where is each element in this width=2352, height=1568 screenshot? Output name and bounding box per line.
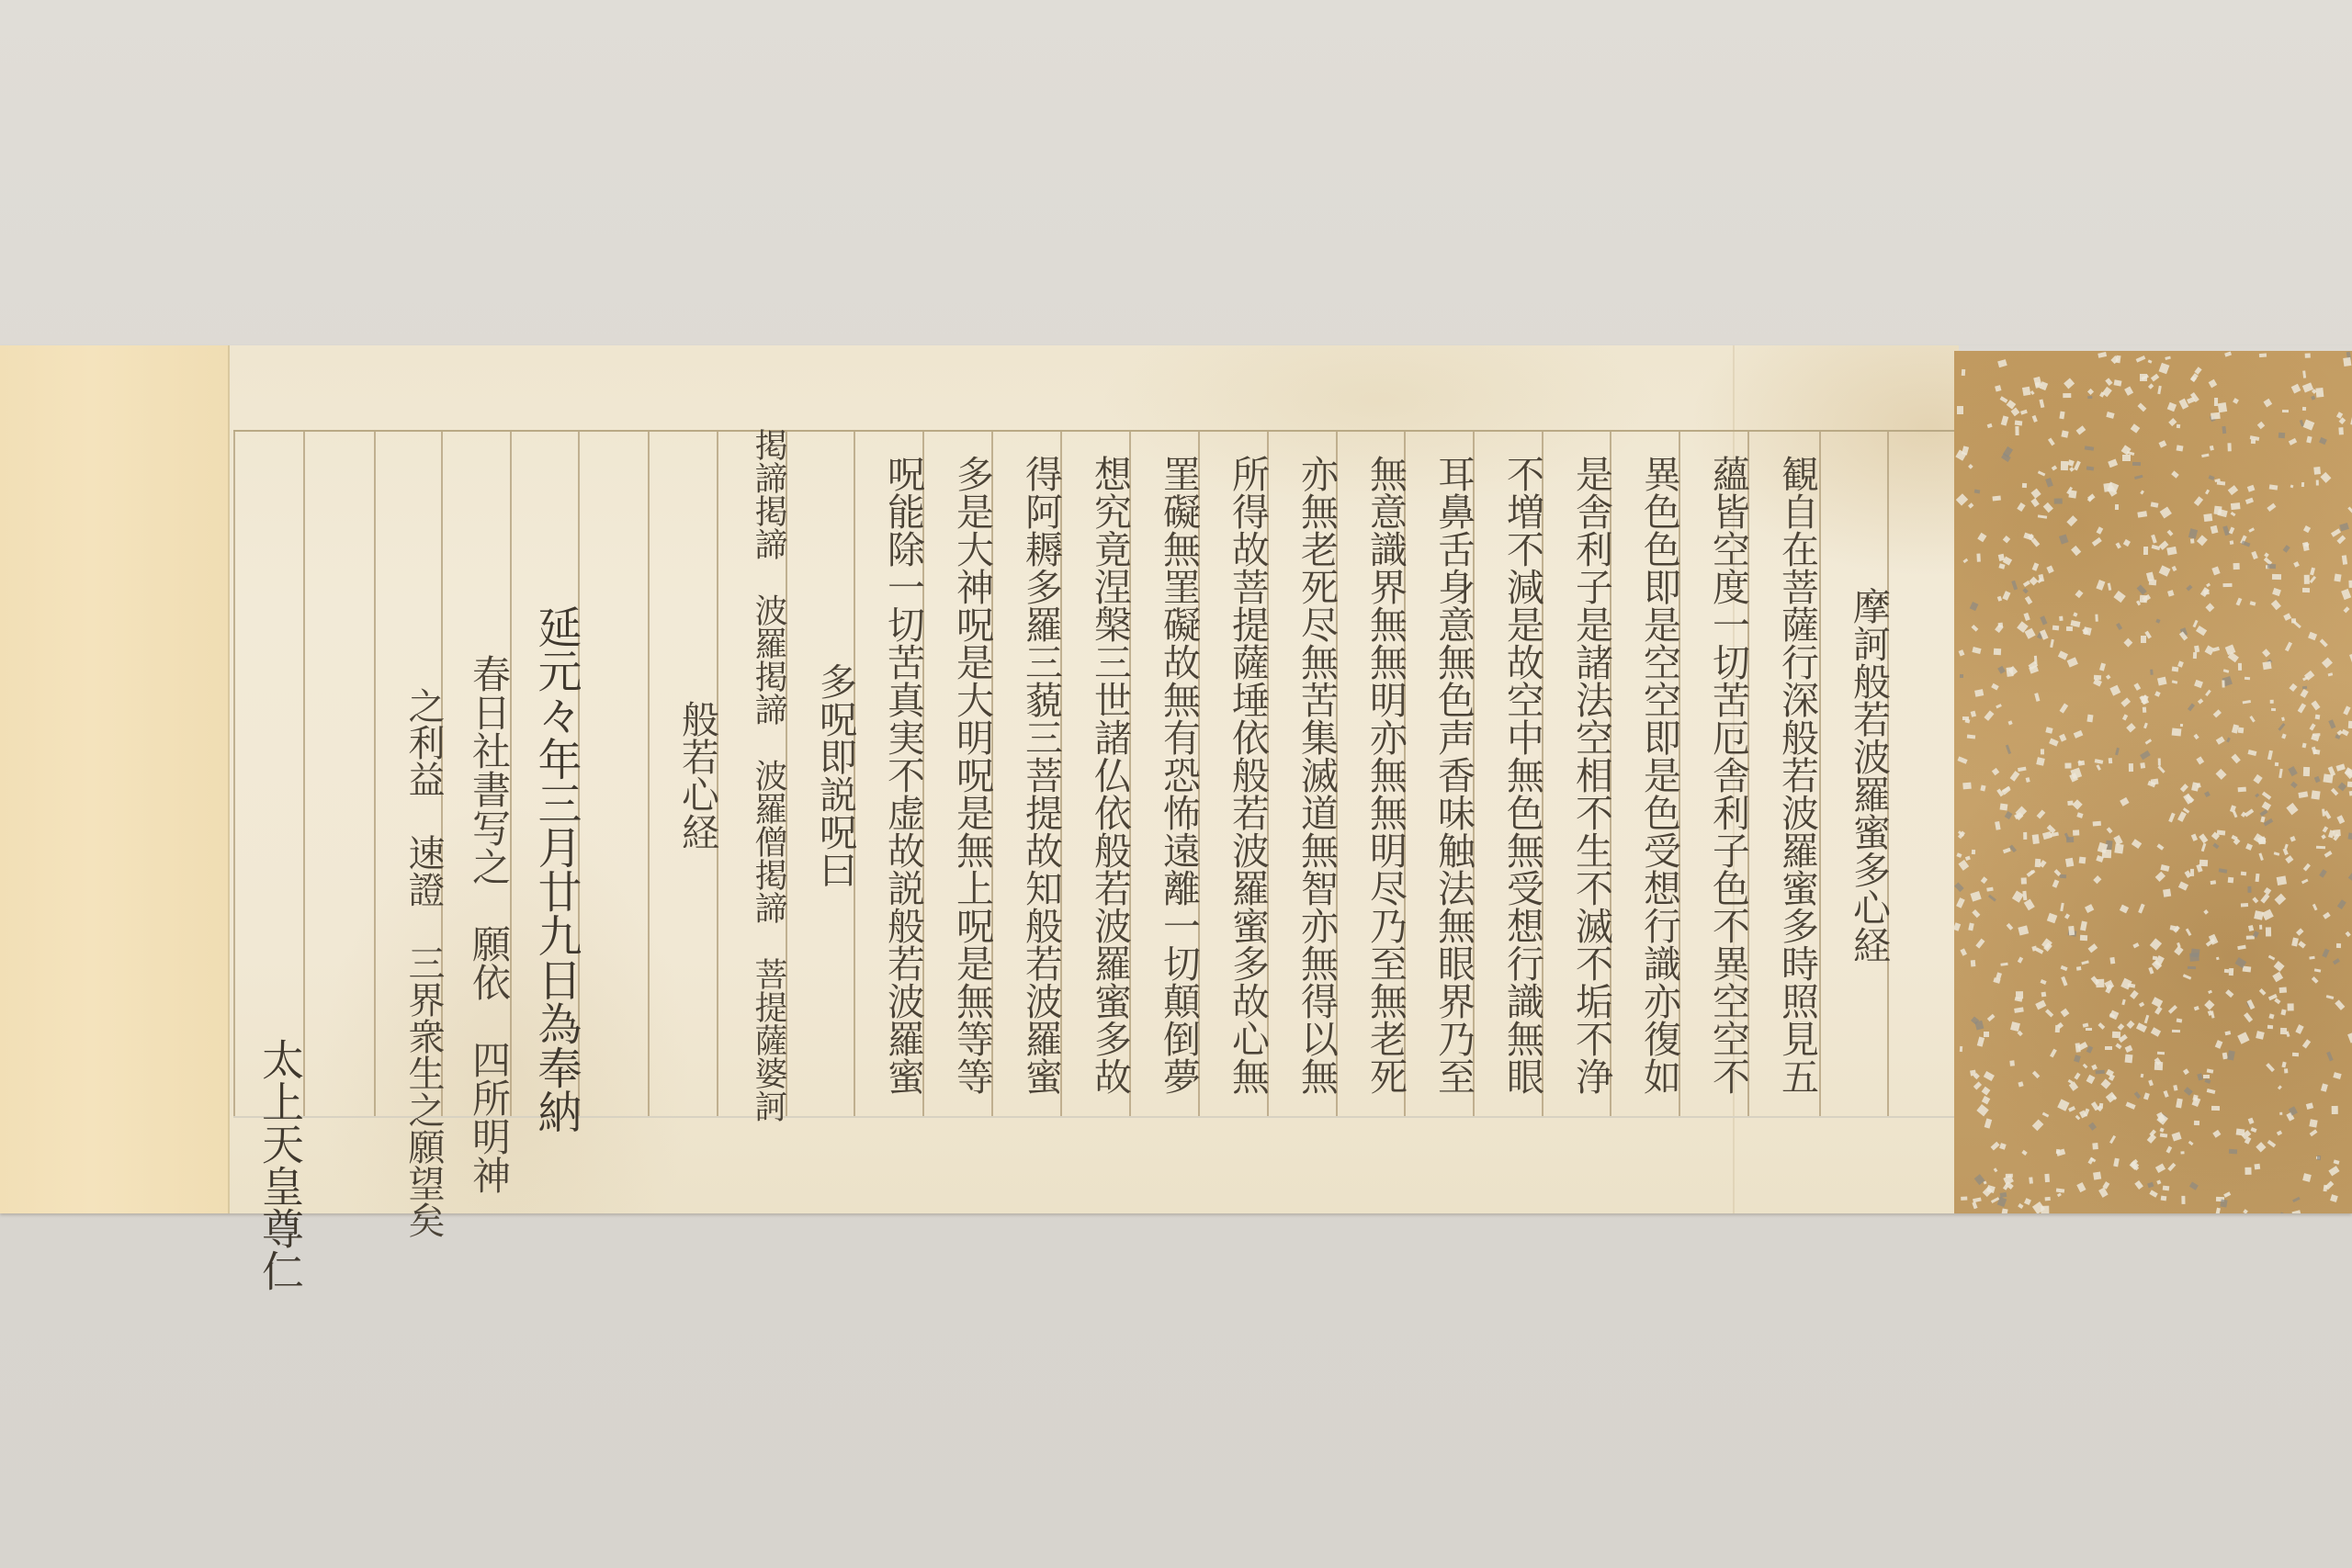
silver-fleck	[1967, 734, 1975, 739]
silver-fleck	[2108, 758, 2112, 763]
silver-fleck	[2165, 355, 2172, 360]
silver-fleck	[1988, 895, 1996, 902]
silver-fleck	[2116, 1043, 2122, 1049]
silver-fleck	[2039, 574, 2044, 582]
silver-fleck	[2086, 1028, 2093, 1031]
silver-fleck	[2183, 1068, 2189, 1075]
silver-fleck	[2325, 1181, 2335, 1190]
silver-fleck	[2030, 488, 2041, 498]
silver-fleck	[2150, 938, 2162, 950]
silver-fleck	[2113, 1158, 2120, 1168]
silver-fleck	[2128, 763, 2132, 772]
silver-fleck	[2339, 523, 2349, 531]
silver-fleck	[2332, 1106, 2338, 1114]
silver-fleck	[2324, 810, 2331, 818]
silver-fleck	[2275, 998, 2281, 1004]
silver-fleck	[2037, 470, 2045, 476]
silver-fleck	[2120, 796, 2129, 806]
sutra-column: 呪能除一切苦真実不虚故説般若波羅蜜	[854, 437, 922, 1112]
silver-fleck	[2067, 515, 2077, 525]
silver-fleck	[2263, 661, 2272, 670]
silver-fleck	[2064, 378, 2075, 389]
silver-fleck	[2289, 765, 2299, 775]
silver-fleck	[2181, 1195, 2185, 1203]
silver-fleck	[2241, 540, 2250, 547]
silver-fleck	[2052, 465, 2057, 470]
silver-fleck	[2160, 506, 2172, 518]
silver-fleck	[2096, 764, 2101, 771]
silver-fleck	[2298, 703, 2306, 713]
silver-fleck	[2210, 445, 2214, 450]
silver-fleck	[1972, 850, 1976, 854]
silver-fleck	[2173, 1085, 2177, 1090]
silver-fleck	[2009, 1060, 2015, 1066]
silver-fleck	[2312, 976, 2319, 984]
silver-fleck	[1984, 711, 1994, 721]
silver-fleck	[2215, 1208, 2221, 1213]
silver-fleck	[2322, 948, 2329, 957]
silver-fleck	[2106, 412, 2115, 419]
silver-fleck	[2124, 1055, 2132, 1064]
sutra-column: 異色色即是空空即是色受想行識亦復如	[1610, 437, 1678, 1112]
silver-fleck	[2328, 672, 2333, 676]
silver-fleck	[2058, 650, 2068, 660]
silver-fleck	[2073, 613, 2077, 617]
silver-fleck	[2286, 802, 2298, 814]
silver-fleck	[2137, 402, 2146, 412]
silver-fleck	[1982, 1086, 1991, 1095]
silver-fleck	[2194, 1121, 2199, 1125]
silver-fleck	[1960, 673, 1963, 677]
silver-fleck	[2290, 485, 2293, 489]
silver-fleck	[2067, 459, 2074, 467]
silver-fleck	[2011, 581, 2017, 590]
silver-fleck	[2040, 860, 2047, 868]
silver-fleck	[2248, 527, 2255, 533]
silver-fleck	[2266, 928, 2272, 937]
silver-fleck	[2213, 1130, 2222, 1138]
silver-fleck	[2166, 530, 2173, 536]
silver-fleck	[2009, 845, 2017, 853]
silver-fleck	[2309, 1130, 2317, 1137]
silver-fleck	[1976, 1104, 1988, 1116]
silver-fleck	[2045, 1197, 2051, 1201]
silver-fleck	[1994, 649, 2002, 655]
silver-fleck	[2331, 787, 2339, 795]
silver-fleck	[2194, 1006, 2199, 1010]
silver-fleck	[2032, 1070, 2041, 1078]
silver-fleck	[2168, 590, 2175, 596]
silver-fleck	[2180, 784, 2188, 792]
silver-fleck	[2326, 1052, 2333, 1062]
silver-fleck	[2267, 1140, 2276, 1147]
sutra-column: 罣礙無罣礙故無有恐怖遠離一切顛倒夢	[1129, 437, 1197, 1112]
silver-fleck	[2267, 503, 2277, 512]
silver-fleck	[2344, 705, 2351, 715]
silver-fleck	[2310, 956, 2315, 960]
silver-fleck	[2052, 626, 2059, 631]
silver-fleck	[2151, 535, 2156, 544]
silver-fleck	[1965, 856, 1971, 861]
silver-fleck	[2302, 419, 2313, 430]
silver-fleck	[1992, 768, 2000, 776]
silver-fleck	[2148, 360, 2153, 365]
silver-fleck	[2290, 782, 2298, 788]
silver-fleck	[2332, 958, 2339, 964]
silver-fleck	[2140, 374, 2148, 382]
silver-fleck	[2347, 721, 2352, 729]
silver-fleck	[2108, 582, 2112, 590]
silver-fleck	[2121, 698, 2131, 707]
silver-fleck	[1998, 563, 2005, 569]
silver-fleck	[2145, 739, 2152, 744]
silver-fleck	[1957, 852, 1962, 857]
silver-fleck	[2202, 513, 2211, 522]
silver-fleck	[2348, 581, 2352, 588]
silver-fleck	[2091, 976, 2099, 985]
sutra-column: 想究竟涅槃三世諸仏依般若波羅蜜多故	[1060, 437, 1128, 1112]
silver-fleck	[2181, 1151, 2185, 1154]
silver-fleck	[2090, 1064, 2097, 1069]
silver-fleck	[2336, 536, 2346, 544]
silver-fleck	[2189, 953, 2199, 962]
silver-fleck	[2093, 1171, 2101, 1179]
silver-fleck	[2315, 388, 2324, 397]
silver-fleck	[2193, 652, 2198, 660]
silver-fleck	[2157, 1052, 2165, 1055]
silver-fleck	[2281, 1010, 2288, 1016]
silver-fleck	[1962, 558, 1967, 563]
mantra-column: 掲諦掲諦 波羅掲諦 波羅僧掲諦 菩提薩婆訶	[717, 437, 785, 1112]
silver-fleck	[2066, 626, 2073, 631]
silver-fleck	[2296, 928, 2303, 935]
silver-fleck	[2151, 997, 2162, 1008]
silver-fleck	[1958, 860, 1968, 871]
blank-column	[1887, 437, 1955, 1112]
silver-fleck	[2067, 657, 2078, 667]
silver-fleck	[2030, 538, 2040, 547]
silver-fleck	[2197, 535, 2208, 546]
silver-fleck	[1996, 704, 2003, 709]
silver-fleck	[2136, 584, 2146, 595]
silver-fleck	[2249, 716, 2255, 722]
silver-fleck	[2266, 1063, 2275, 1072]
silver-fleck	[2228, 443, 2232, 451]
left-endpaper	[0, 345, 230, 1213]
silver-fleck	[1971, 891, 1982, 902]
silver-fleck	[2313, 749, 2320, 754]
silver-fleck	[2061, 1009, 2070, 1018]
silver-fleck	[2056, 1149, 2065, 1156]
silver-fleck	[2303, 525, 2311, 533]
silver-fleck	[2022, 483, 2027, 488]
silver-fleck	[2282, 410, 2289, 412]
silver-fleck	[2306, 436, 2312, 443]
silver-fleck	[2141, 636, 2146, 643]
silver-fleck	[2211, 566, 2220, 575]
silver-fleck	[2154, 1006, 2162, 1014]
silver-fleck	[1997, 359, 2007, 367]
silver-fleck	[2223, 1192, 2231, 1199]
silver-fleck	[2123, 539, 2131, 547]
silver-fleck	[2172, 1030, 2180, 1033]
silver-fleck	[2138, 1002, 2143, 1008]
silver-fleck	[2298, 941, 2306, 949]
silver-fleck	[2023, 612, 2030, 620]
silver-fleck	[2050, 639, 2054, 648]
silver-fleck	[2120, 905, 2129, 914]
silver-fleck	[2169, 925, 2178, 931]
silver-fleck	[2204, 1078, 2211, 1083]
silver-fleck	[2202, 454, 2210, 457]
photo-backdrop: 摩訶般若波羅蜜多心経 観自在菩薩行深般若波羅蜜多時照見五 蘊皆空度一切苦厄舎利子…	[0, 0, 2352, 1568]
silver-fleck	[2093, 875, 2101, 884]
silver-fleck	[2050, 1049, 2057, 1058]
silver-fleck	[2215, 1040, 2223, 1049]
silver-fleck	[2024, 627, 2035, 638]
silver-fleck	[2161, 1196, 2167, 1201]
silver-fleck	[2315, 714, 2321, 718]
silver-fleck	[2045, 1174, 2050, 1182]
silver-fleck	[2267, 563, 2276, 568]
silver-fleck	[2223, 583, 2233, 587]
silver-fleck	[1973, 489, 1980, 493]
silver-fleck	[2278, 1212, 2284, 1213]
silver-fleck	[2203, 1075, 2210, 1077]
silver-fleck	[2154, 1061, 2164, 1070]
silver-fleck	[2206, 1089, 2215, 1094]
silver-fleck	[2270, 708, 2275, 712]
silver-fleck	[2155, 872, 2165, 882]
silver-fleck	[1997, 596, 2002, 602]
silver-fleck	[2313, 776, 2320, 784]
silver-fleck	[1975, 939, 1984, 949]
silver-fleck	[2248, 750, 2257, 756]
silver-fleck	[2336, 943, 2341, 948]
sutra-column: 観自在菩薩行深般若波羅蜜多時照見五	[1747, 437, 1815, 1112]
silver-fleck	[2279, 1112, 2282, 1115]
silver-fleck	[2256, 1031, 2266, 1039]
silver-fleck	[2097, 526, 2103, 534]
silver-fleck	[2022, 588, 2028, 593]
silver-fleck	[2108, 459, 2118, 468]
silver-fleck	[2133, 1091, 2140, 1099]
silver-fleck	[2060, 902, 2064, 910]
silver-fleck	[2238, 663, 2242, 671]
silver-fleck	[2001, 963, 2008, 966]
silver-fleck	[2346, 1032, 2352, 1043]
silver-fleck	[2070, 546, 2080, 557]
silver-fleck	[2131, 839, 2142, 849]
silver-fleck	[2020, 409, 2028, 414]
silver-fleck	[2205, 645, 2215, 655]
silver-fleck	[1981, 1095, 1989, 1104]
silver-fleck	[2270, 700, 2274, 704]
silver-fleck	[2188, 528, 2198, 539]
silver-fleck	[2255, 1164, 2261, 1169]
silver-fleck	[2299, 792, 2309, 798]
colophon-date-line: 延元々年三月廿九日為奉納	[510, 531, 578, 1206]
silver-fleck	[2061, 431, 2068, 439]
silver-fleck	[2330, 1194, 2337, 1201]
silver-fleck	[2005, 810, 2013, 818]
silver-fleck	[2006, 745, 2011, 754]
silver-fleck	[2346, 781, 2352, 787]
silver-fleck	[2098, 1022, 2105, 1029]
silver-fleck	[2159, 363, 2170, 374]
silver-fleck	[2186, 928, 2192, 935]
silver-fleck	[2269, 1013, 2275, 1019]
silver-fleck	[2088, 1122, 2097, 1130]
silver-fleck	[1968, 922, 1974, 931]
silver-fleck	[2284, 642, 2291, 652]
silver-fleck	[2267, 750, 2273, 759]
silver-fleck	[2233, 398, 2239, 404]
silver-fleck	[2333, 1072, 2341, 1079]
silver-fleck	[1958, 649, 1964, 656]
silver-fleck	[2222, 680, 2224, 687]
silver-fleck	[2301, 482, 2305, 487]
silver-fleck	[2235, 1128, 2245, 1135]
silver-fleck	[2134, 475, 2143, 480]
silver-fleck	[2092, 821, 2100, 826]
silver-fleck	[2076, 812, 2083, 818]
silver-fleck	[2233, 563, 2240, 570]
silver-fleck	[2041, 749, 2044, 754]
silver-fleck	[2003, 536, 2010, 543]
silver-fleck	[2061, 965, 2068, 972]
silver-fleck	[2320, 639, 2328, 648]
silver-fleck	[2140, 595, 2147, 603]
silver-fleck	[2114, 591, 2127, 603]
silver-fleck	[2261, 792, 2270, 800]
silver-fleck	[2247, 1117, 2254, 1124]
silver-fleck	[2241, 872, 2247, 875]
silver-fleck	[2076, 1182, 2086, 1192]
silver-fleck	[2158, 386, 2163, 395]
silver-fleck	[2007, 923, 2014, 931]
silver-fleck	[2048, 437, 2054, 446]
silver-fleck	[2151, 373, 2160, 381]
silver-fleck	[2029, 576, 2038, 585]
silver-fleck	[2259, 988, 2267, 996]
silver-fleck	[2015, 426, 2018, 435]
silver-fleck	[1986, 1014, 1995, 1022]
silver-fleck	[2124, 1045, 2132, 1053]
handscroll: 摩訶般若波羅蜜多心経 観自在菩薩行深般若波羅蜜多時照見五 蘊皆空度一切苦厄舎利子…	[0, 345, 2352, 1213]
silver-fleck	[1954, 923, 1961, 932]
silver-fleck	[1984, 1071, 1995, 1080]
silver-fleck	[2197, 783, 2201, 787]
silver-fleck	[2167, 1163, 2176, 1171]
silver-fleck	[2167, 402, 2177, 412]
silver-fleck	[2010, 771, 2020, 782]
silver-fleck	[2228, 1148, 2236, 1153]
silver-fleck	[2032, 834, 2040, 843]
silver-fleck	[2207, 1069, 2213, 1074]
silver-fleck	[2157, 758, 2160, 765]
silver-fleck	[2213, 709, 2222, 717]
silver-fleck	[2251, 1127, 2257, 1133]
silver-fleck	[2098, 352, 2106, 357]
silver-fleck	[2095, 759, 2104, 763]
silver-fleck	[2069, 467, 2075, 472]
silver-fleck	[2078, 856, 2086, 863]
silver-fleck	[2074, 461, 2081, 471]
silver-fleck	[2264, 818, 2273, 826]
silver-fleck	[2237, 728, 2244, 734]
sutra-column: 多呪即説呪曰	[786, 437, 854, 1112]
silver-fleck	[2316, 846, 2325, 850]
sutra-column: 無意識界無無明亦無無明尽乃至無老死	[1336, 437, 1404, 1112]
silver-fleck	[2259, 924, 2262, 930]
silver-fleck	[2273, 852, 2279, 855]
silver-fleck	[2302, 743, 2307, 749]
silver-fleck	[2308, 631, 2317, 640]
silver-fleck	[2140, 763, 2145, 770]
silver-fleck	[2323, 773, 2333, 783]
colophon-line-2: 春日社書写之 願依 四所明神	[441, 586, 509, 1261]
silver-fleck	[1992, 496, 2000, 502]
silver-fleck	[2166, 1146, 2172, 1153]
silver-fleck	[2126, 1101, 2136, 1110]
silver-fleck	[2117, 1023, 2124, 1031]
silver-fleck	[2059, 874, 2065, 879]
silver-fleck	[2156, 677, 2166, 686]
silver-fleck	[2172, 680, 2178, 684]
silver-fleck	[2269, 484, 2278, 490]
silver-fleck	[2100, 1079, 2110, 1090]
silver-fleck	[1994, 978, 2001, 984]
silver-fleck	[2018, 767, 2026, 772]
silver-fleck	[2177, 660, 2184, 667]
silver-fleck	[2230, 541, 2233, 546]
silver-fleck	[2321, 1084, 2327, 1092]
silver-fleck	[2313, 467, 2321, 475]
silver-fleck	[2212, 843, 2219, 850]
silver-fleck	[2041, 991, 2047, 997]
silver-fleck	[2335, 999, 2345, 1010]
silver-fleck	[2259, 354, 2267, 358]
silver-fleck	[1987, 423, 1992, 427]
silver-fleck	[2127, 1020, 2135, 1028]
silver-fleck	[2287, 1003, 2293, 1010]
silver-fleck	[2163, 1090, 2168, 1098]
silver-fleck	[2248, 925, 2254, 931]
silver-fleck	[2334, 574, 2341, 582]
silver-fleck	[2304, 354, 2311, 358]
silver-fleck	[2054, 1025, 2059, 1032]
silver-fleck	[2109, 957, 2115, 964]
silver-fleck	[2136, 1022, 2147, 1032]
silver-fleck	[2017, 502, 2025, 512]
silver-fleck	[2281, 1062, 2286, 1068]
silver-fleck	[2159, 1133, 2166, 1137]
silver-fleck	[2216, 769, 2227, 780]
silver-fleck	[2059, 616, 2064, 621]
silver-fleck	[2038, 515, 2047, 520]
silver-fleck	[1984, 1119, 1992, 1129]
silver-fleck	[2149, 1079, 2154, 1086]
silver-fleck	[2012, 890, 2023, 902]
silver-fleck	[2086, 905, 2095, 913]
silver-fleck	[2324, 851, 2333, 858]
silver-fleck	[1975, 689, 1984, 696]
silver-fleck	[2278, 432, 2286, 437]
column-rule	[303, 432, 305, 1116]
silver-fleck	[2017, 956, 2022, 963]
silver-fleck	[2065, 763, 2072, 769]
